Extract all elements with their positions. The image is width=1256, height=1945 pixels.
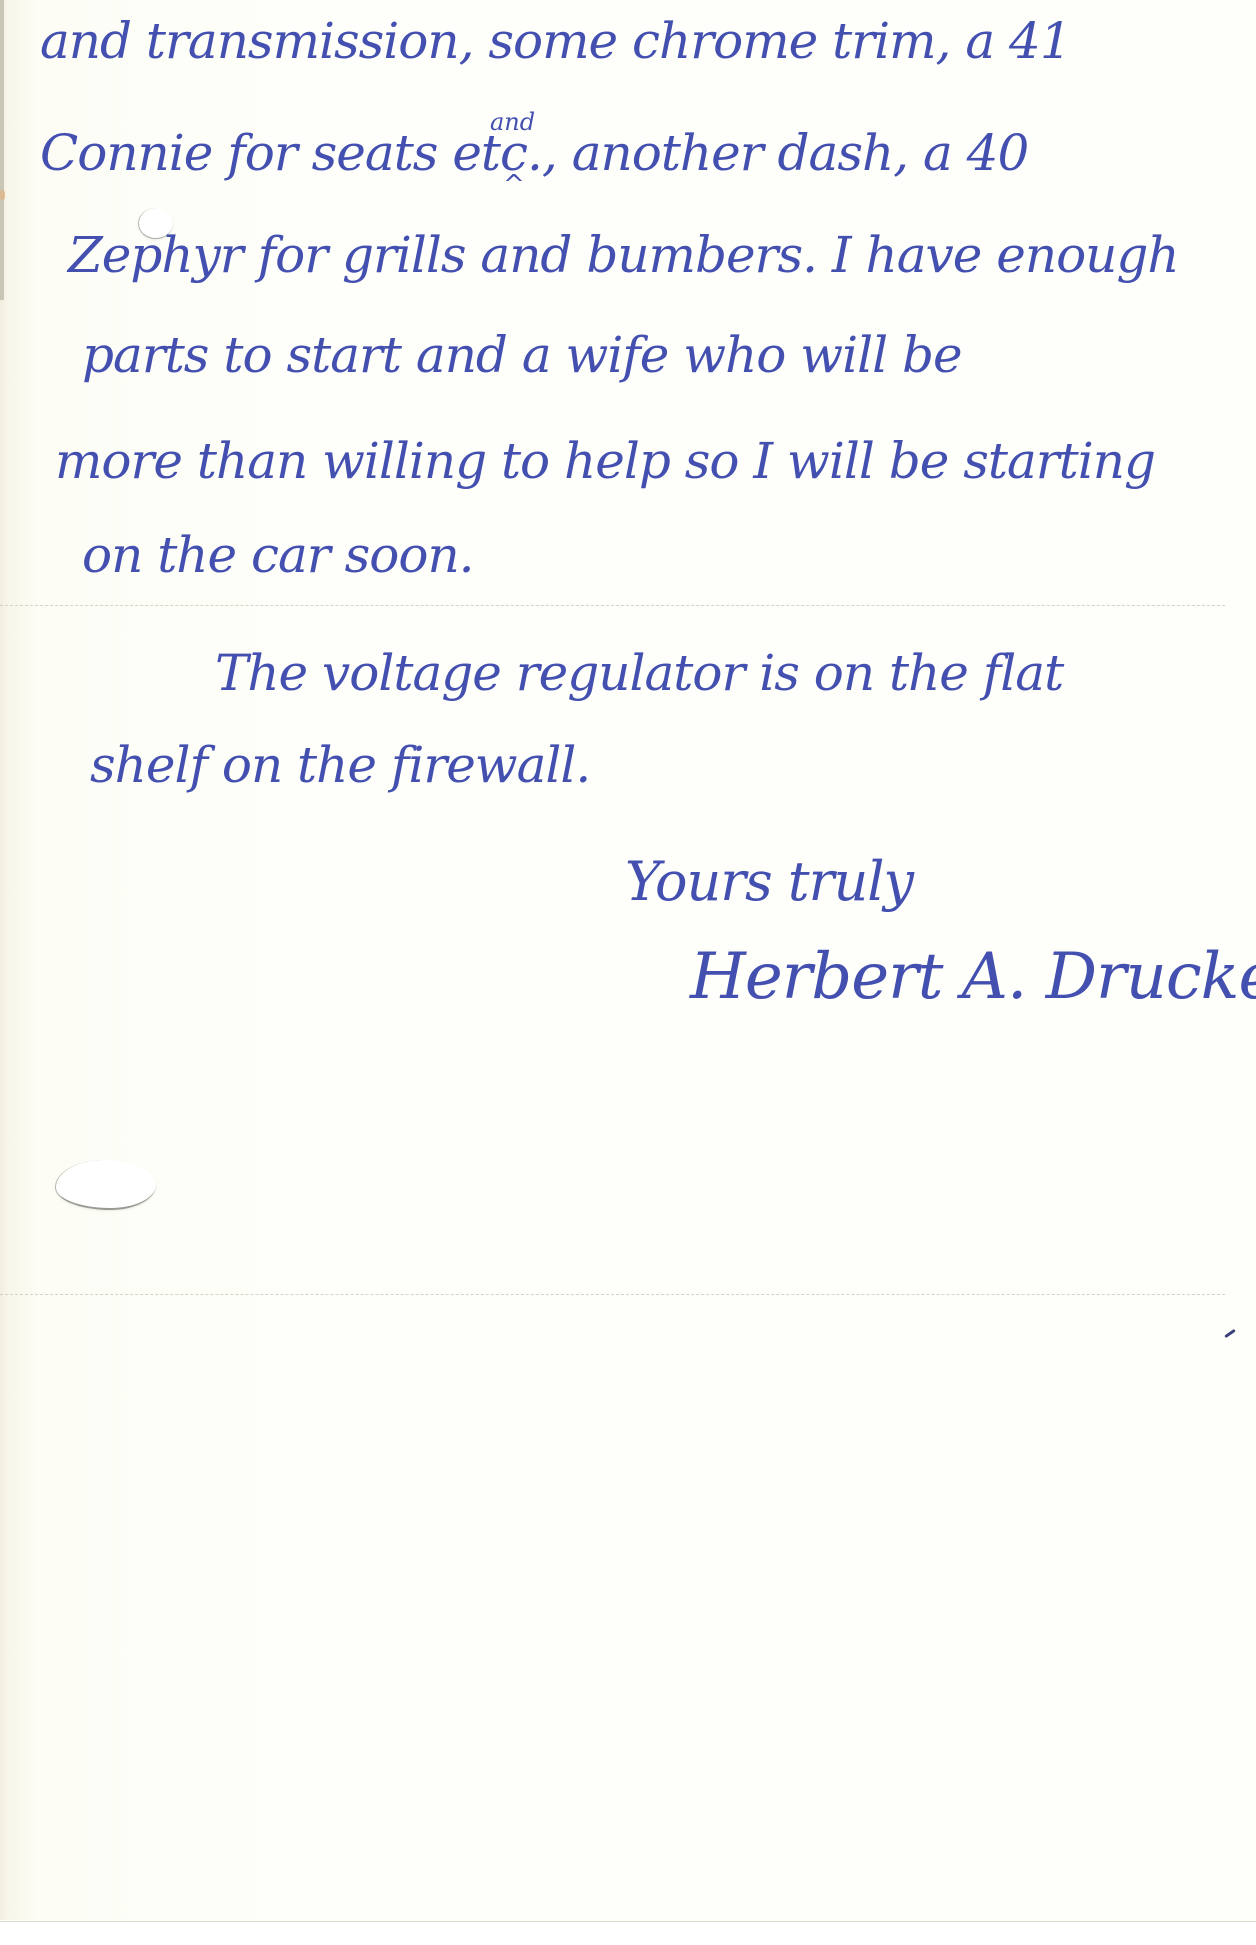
paper-stain [0,190,5,200]
closing: Yours truly [625,855,913,909]
paper-hole [55,1160,156,1210]
paper-left-edge [0,0,4,300]
inserted-word: and [490,108,535,136]
insertion-caret: ^ [503,170,525,200]
letter-line-4: parts to start and a wife who will be [82,330,962,380]
fold-line-upper [0,605,1225,606]
letter-line-1: and transmission, some chrome trim, a 41 [40,16,1071,66]
letter-line-3: Zephyr for grills and bumbers. I have en… [68,230,1179,280]
letter-line-6: on the car soon. [82,530,474,580]
letter-page: and transmission, some chrome trim, a 41… [0,0,1256,1920]
paper-bottom-edge [0,1921,1256,1945]
letter-line-8: shelf on the firewall. [90,740,590,790]
signature: Herbert A. Drucker [690,945,1256,1009]
letter-line-7: The voltage regulator is on the flat [215,648,1063,698]
ink-mark [1224,1329,1236,1338]
letter-line-5: more than willing to help so I will be s… [55,436,1155,486]
fold-line-lower [0,1294,1225,1295]
